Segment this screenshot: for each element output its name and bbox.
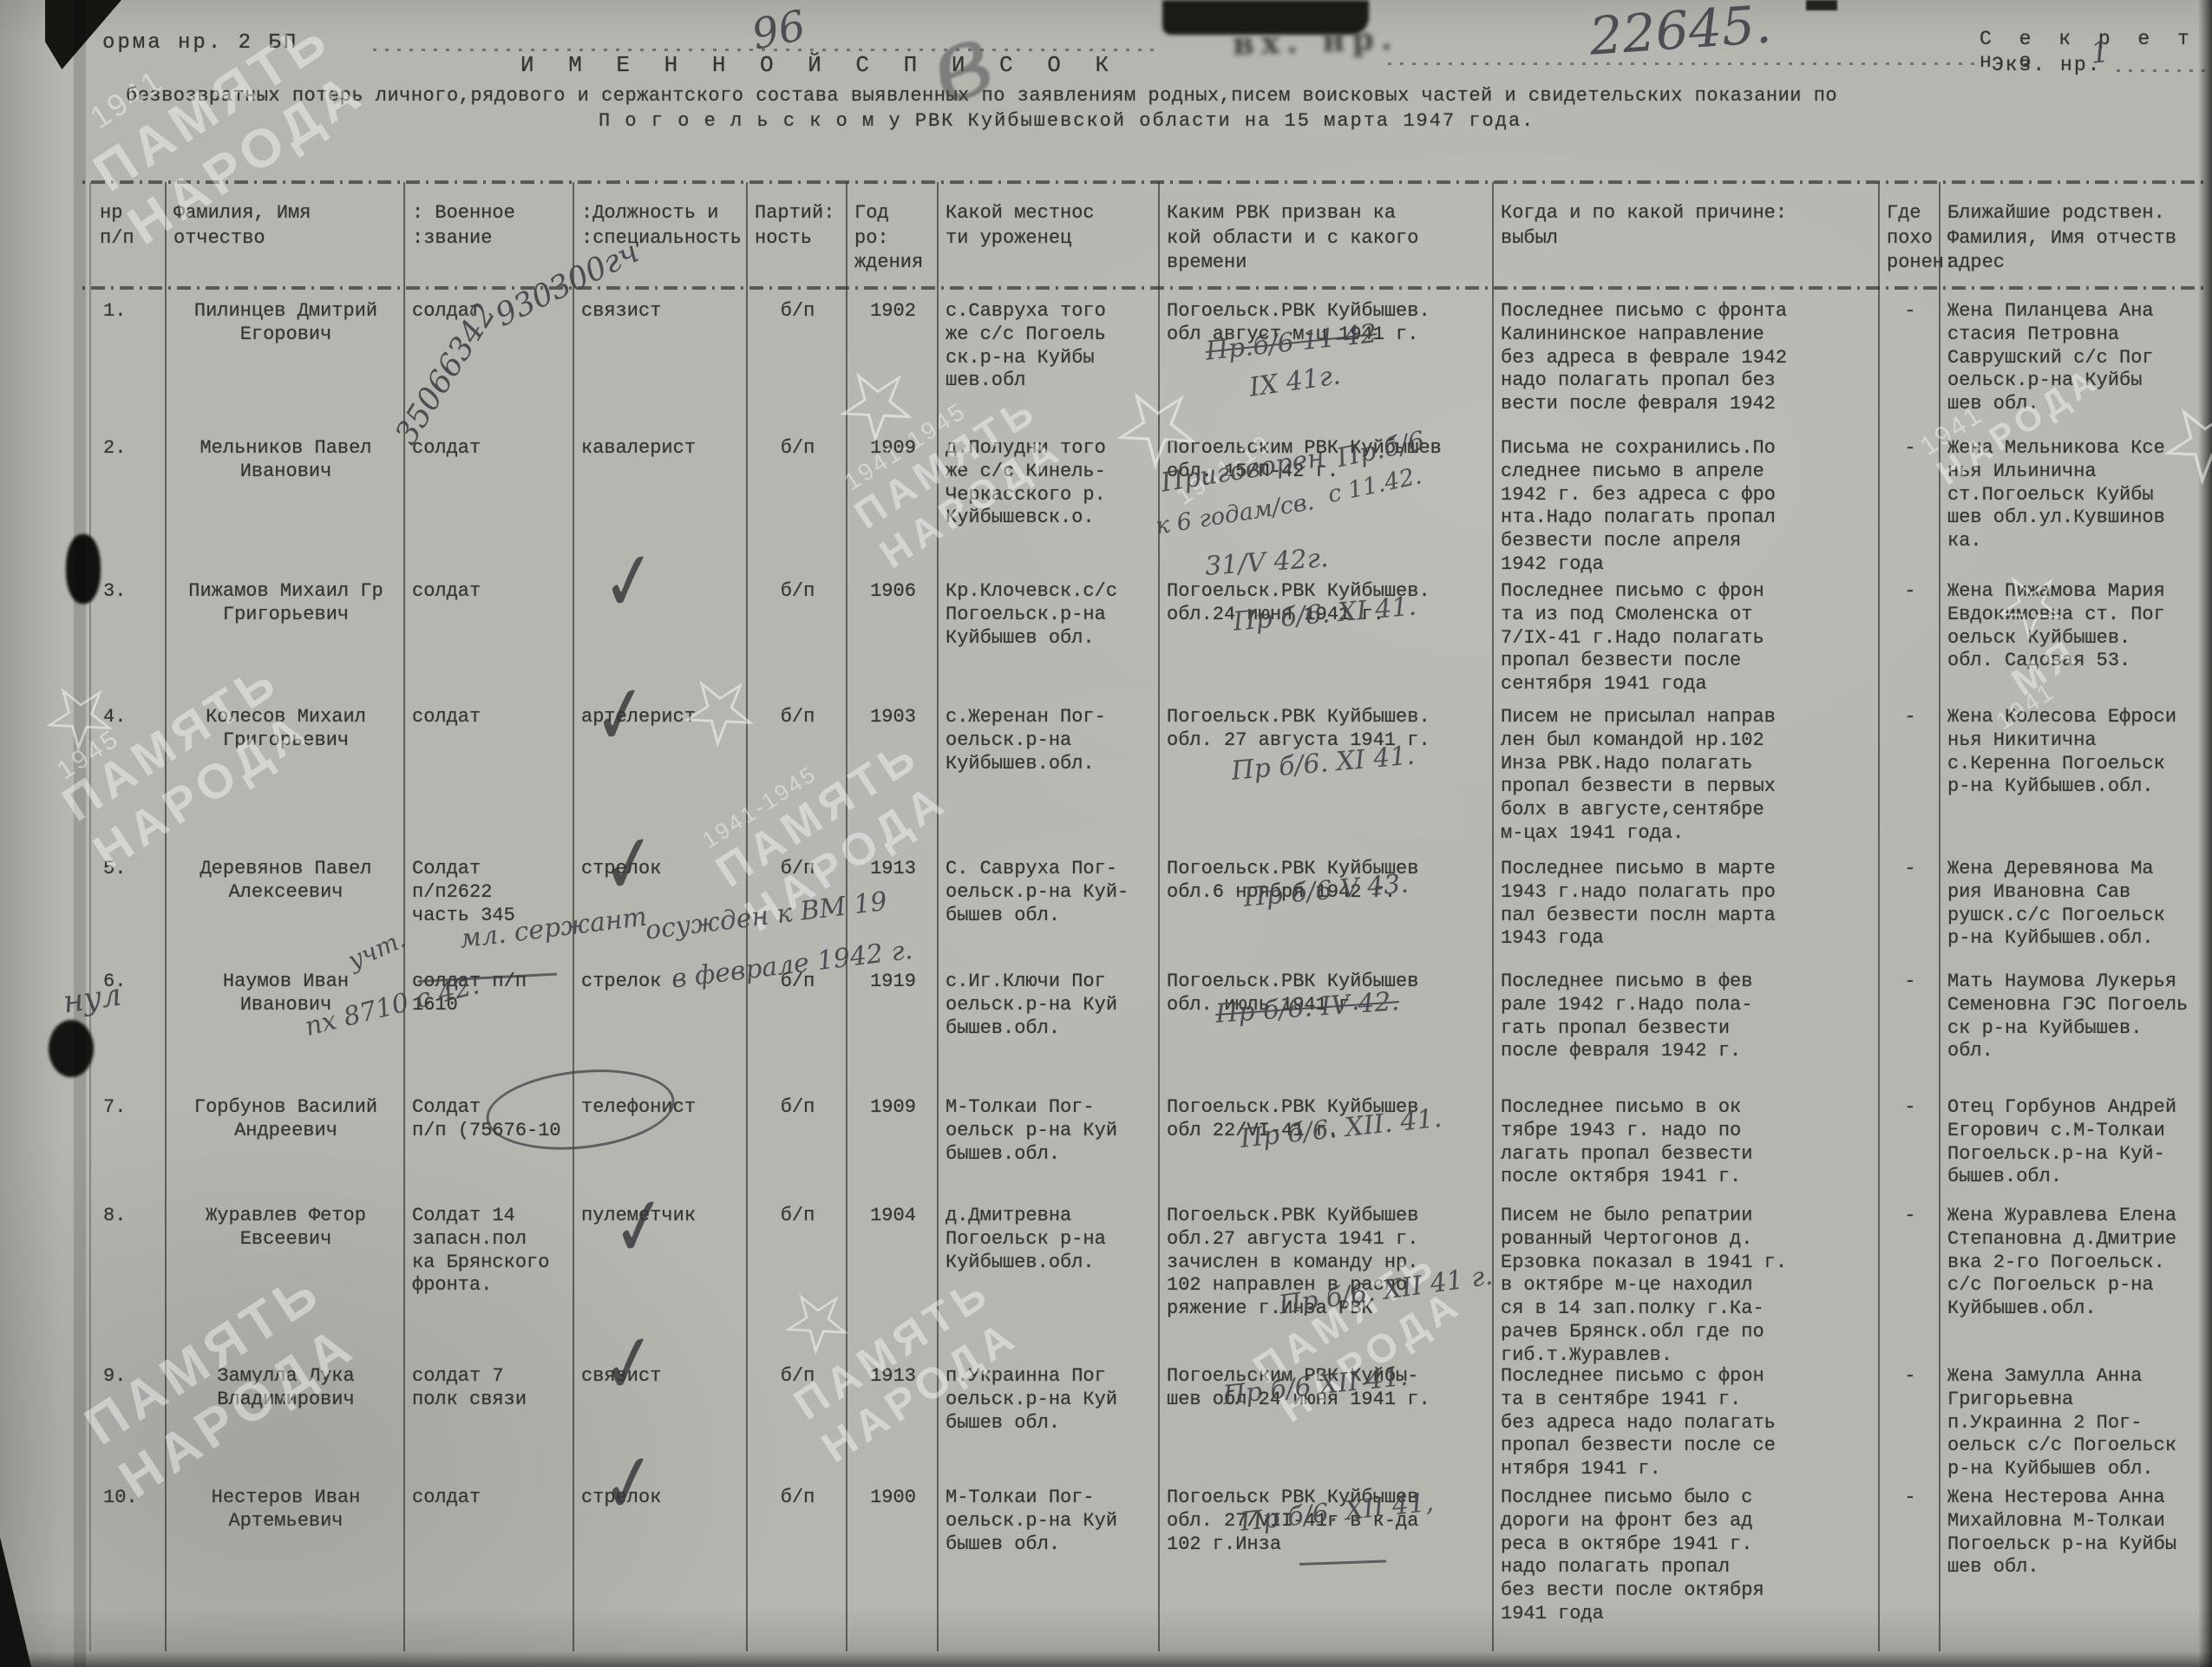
- column-rule: [1939, 182, 1940, 1651]
- party-status: б/п: [746, 425, 846, 577]
- relatives-info: Жена Журавлева Елена Степановна д.Дмитри…: [1939, 1193, 2208, 1368]
- fate-description: Последнее письмо с фронта Калининское на…: [1492, 288, 1878, 425]
- relatives-info: Жена Колесова Ефроси нья Никитична с.Кер…: [1939, 694, 2208, 846]
- relatives-info: Жена Нестерова Анна Михайловна М-Толкаи …: [1939, 1474, 2208, 1657]
- birth-year: 1900: [846, 1474, 937, 1657]
- military-rank: солдат: [403, 694, 573, 846]
- burial-place: -: [1878, 846, 1939, 958]
- fate-description: Последнее письмо в фев рале 1942 г.Надо …: [1492, 958, 1878, 1084]
- fate-description: Писем не присылал направ лен был командо…: [1492, 694, 1878, 846]
- burial-place: -: [1878, 288, 1939, 425]
- dotted-rule: [1388, 62, 1978, 65]
- burial-place: -: [1878, 1193, 1939, 1368]
- checkmark: ✓: [597, 1312, 662, 1414]
- doc-number-handwritten: 22645.: [1587, 0, 1773, 68]
- burial-place: -: [1878, 1353, 1939, 1481]
- column-header-drafted-by: Каким РВК призван ка кой области и с как…: [1158, 186, 1492, 276]
- burial-place: -: [1878, 568, 1939, 696]
- table-row: 10. Нестеров Иван Артемьевич солдат стре…: [91, 1474, 2208, 1657]
- relatives-info: Мать Наумова Лукерья Семеновна ГЭС Погое…: [1939, 958, 2208, 1084]
- relatives-info: Жена Замулла Анна Григорьевна п.Украинна…: [1939, 1353, 2208, 1481]
- column-header-birth-year: Год ро: ждения: [846, 186, 937, 276]
- position-specialty: стрелок: [573, 1474, 746, 1657]
- column-rule: [937, 182, 939, 1651]
- row-number: 2.: [91, 425, 165, 577]
- row-number: 1.: [91, 288, 165, 425]
- row-number: 6.: [91, 958, 165, 1084]
- checkmark: ✓: [607, 1175, 672, 1277]
- fate-description: Писем не было репатрии рованный Чертогон…: [1492, 1193, 1878, 1368]
- soldier-name: Пилинцев Дмитрий Егорович: [165, 288, 403, 425]
- relatives-info: Жена Деревянова Ма рия Ивановна Сав рушс…: [1939, 846, 2208, 958]
- column-rule: [1878, 182, 1880, 1651]
- birthplace: С. Савруха Пог- оельск.р-на Куй- бышев о…: [937, 846, 1158, 958]
- party-status: б/п: [746, 568, 846, 696]
- dotted-rule: [2117, 69, 2208, 72]
- fate-description: Письма не сохранились.По следнее письмо …: [1492, 425, 1878, 577]
- birthplace: Кр.Клочевск.с/с Погоельск.р-на Куйбышев …: [937, 568, 1158, 696]
- burial-place: -: [1878, 958, 1939, 1084]
- relatives-info: Отец Горбунов Андрей Егорович с.М-Толкаи…: [1939, 1084, 2208, 1193]
- fate-description: Последнее письмо в ок тябре 1943 г. надо…: [1492, 1084, 1878, 1193]
- party-status: б/п: [746, 1474, 846, 1657]
- checkmark: ✓: [597, 813, 662, 914]
- column-header-fate: Когда и по какой причине: выбыл: [1492, 186, 1878, 276]
- birth-year: 1919: [846, 958, 937, 1084]
- column-rule: [1492, 182, 1494, 1651]
- scan-artifact-edge: [0, 1651, 2212, 1667]
- military-rank: солдат 7 полк связи: [403, 1353, 573, 1481]
- soldier-name: Пижамов Михаил Гр Григорьевич: [165, 568, 403, 696]
- fate-description: Последнее письмо с фрон та из под Смолен…: [1492, 568, 1878, 696]
- military-rank: солдат: [403, 1474, 573, 1657]
- position-specialty: связист: [573, 288, 746, 425]
- burial-place: -: [1878, 1474, 1939, 1657]
- burial-place: -: [1878, 1084, 1939, 1193]
- scan-artifact-mark: [1806, 0, 1837, 10]
- birthplace: с.Жеренан Пог- оельск.р-на Куйбышев.обл.: [937, 694, 1158, 846]
- fate-description: Последнее письмо с фрон та в сентябре 19…: [1492, 1353, 1878, 1481]
- checkmark: ✓: [597, 1432, 662, 1533]
- table-row: 4. Колесов Михаил Григорьевич солдат арт…: [91, 694, 2208, 846]
- table-header: нр п/п Фамилия, Имя отчество : Военное :…: [91, 186, 2208, 276]
- column-header-party: Партий: ность: [746, 186, 846, 276]
- stamp-smudge: вх. нр.: [1232, 20, 1399, 62]
- copy-number-label: Экз. нр.: [1992, 54, 2101, 76]
- column-header-burial: Где похо ронен:: [1878, 186, 1939, 276]
- soldier-name: Горбунов Василий Андреевич: [165, 1084, 403, 1193]
- scan-artifact-blob: [49, 1020, 94, 1077]
- birth-year: 1906: [846, 568, 937, 696]
- table-row: 6. Наумов Иван Иванович солдат п/п 1610 …: [91, 958, 2208, 1084]
- scan-artifact-edge: [2198, 0, 2212, 1667]
- table-row: 8. Журавлев Фетор Евсеевич Солдат 14 зап…: [91, 1193, 2208, 1353]
- birthplace: М-Толкаи Пог- оельск.р-на Куй бышев обл.: [937, 1474, 1158, 1657]
- soldier-name: Нестеров Иван Артемьевич: [165, 1474, 403, 1657]
- table-row: 3. Пижамов Михаил Гр Григорьевич солдат …: [91, 568, 2208, 694]
- table-row: 5. Деревянов Павел Алексеевич Солдат п/п…: [91, 846, 2208, 958]
- checkmark: ✓: [588, 664, 653, 765]
- military-rank: солдат: [403, 568, 573, 696]
- copy-number-handwritten: 1: [2089, 35, 2111, 71]
- party-status: б/п: [746, 1084, 846, 1193]
- drafted-by: Погоельск.РВК Куйбышев. обл.24 июня 1941…: [1158, 568, 1492, 696]
- birthplace: с.Иг.Ключи Пог оельск.р-на Куй бышев.обл…: [937, 958, 1158, 1084]
- military-rank: Солдат 14 запасн.пол ка Брянского фронта…: [403, 1193, 573, 1368]
- column-header-birthplace: Какой местнос ти уроженец: [937, 186, 1158, 276]
- column-rule: [403, 182, 405, 1651]
- birth-year: 1909: [846, 1084, 937, 1193]
- soldier-name: Мельников Павел Иванович: [165, 425, 403, 577]
- birthplace: М-Толкаи Пог- оельск р-на Куй бышев.обл.: [937, 1084, 1158, 1193]
- burial-place: -: [1878, 694, 1939, 846]
- row-number: 8.: [91, 1193, 165, 1368]
- fate-description: Послднее письмо было с дороги на фронт б…: [1492, 1474, 1878, 1657]
- row-number: 3.: [91, 568, 165, 696]
- table-header-top-rule: [82, 180, 2208, 184]
- column-header-rank: : Военное :звание: [403, 186, 573, 276]
- table-row: 7. Горбунов Василий Андреевич Солдат п/п…: [91, 1084, 2208, 1193]
- checkmark: ✓: [597, 530, 662, 631]
- fate-description: Последнее письмо в марте 1943 г.надо пол…: [1492, 846, 1878, 958]
- document-scan: орма нр. 2 БП И М Е Н Н О Й С П И С О К …: [0, 0, 2212, 1667]
- column-header-relatives: Ближайшие родствен. Фамилия, Имя отчеств…: [1939, 186, 2208, 276]
- military-rank: солдат: [403, 425, 573, 577]
- row-number: 7.: [91, 1084, 165, 1193]
- scan-artifact-corner: [0, 1520, 54, 1667]
- page-title: И М Е Н Н О Й С П И С О К: [520, 52, 1119, 78]
- table-row: 9. Замулла Лука Владимирович солдат 7 по…: [91, 1353, 2208, 1474]
- subtitle-line2: П о г о е л ь с к о м у РВК Куйбышевской…: [599, 110, 1535, 132]
